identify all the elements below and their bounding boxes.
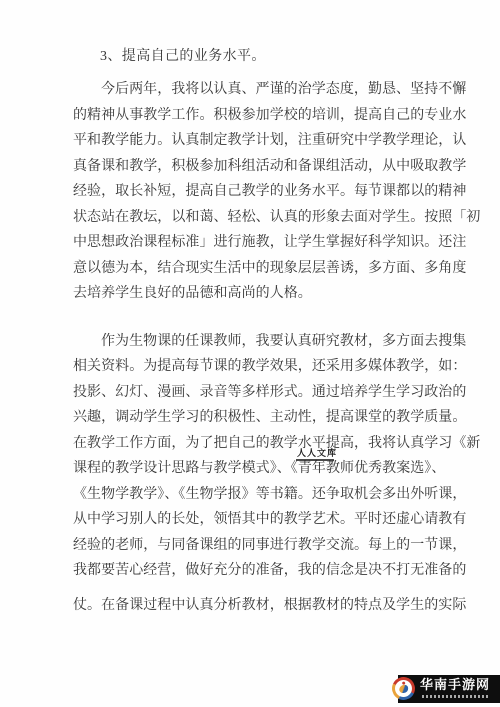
logo-swirl-shape bbox=[399, 685, 409, 694]
text-line: 的精神从事教学工作。积极参加学校的培训，提高自己的专业水 bbox=[73, 103, 443, 129]
text-line: 《生物学教学》、《生物学报》等书籍。还争取机会多出外听课， bbox=[73, 482, 443, 508]
paragraph-teaching-plan: 今后两年，我将以认真、严谨的治学态度，勤恳、坚持不懈 的精神从事教学工作。积极参… bbox=[73, 77, 443, 307]
paragraph-biology-teacher: 作为生物课的任课教师，我要认真研究教材，多方面去搜集 相关资料。为提高每节课的教… bbox=[73, 329, 443, 584]
text-line: 相关资料。为提高每节课的教学效果，还采用多媒体教学，如： bbox=[73, 354, 443, 380]
text-line: 课程的教学设计思路与教学模式》、《青年教师优秀教案选》、 bbox=[73, 456, 443, 482]
site-logo-icon bbox=[389, 674, 418, 703]
text-line: 经验，取长补短，提高自己教学的业务水平。每节课都以的精神 bbox=[73, 179, 443, 205]
text-line: 平和教学能力。认真制定教学计划，注重研究中学教学理论，认 bbox=[73, 128, 443, 154]
text-line: 投影、幻灯、漫画、录音等多样形式。通过培养学生学习政治的 bbox=[73, 380, 443, 406]
text-line: 经验的老师，与同备课组的同事进行教学交流。每上的一节课， bbox=[73, 533, 443, 559]
text-line: 去培养学生良好的品德和高尚的人格。 bbox=[73, 281, 443, 307]
text-line: 在教学工作方面，为了把自己的教学水平提高，我将认真学习《新 bbox=[73, 431, 443, 457]
text-line: 从中学习别人的长处，领悟其中的教学艺术。平时还虚心请教有 bbox=[73, 507, 443, 533]
watermark-underline bbox=[296, 459, 334, 461]
text-line: 中思想政治课程标准」进行施教，让学生掌握好科学知识。还注 bbox=[73, 230, 443, 256]
site-logo-watermark: 华南手游网 bbox=[398, 675, 500, 703]
section-heading: 3、提高自己的业务水平。 bbox=[73, 44, 443, 70]
site-logo-tagline-illegible bbox=[422, 695, 488, 698]
document-page: 3、提高自己的业务水平。 今后两年，我将以认真、严谨的治学态度，勤恳、坚持不懈 … bbox=[0, 0, 500, 707]
text-line: 真备课和教学，积极参加科组活动和备课组活动，从中吸取教学 bbox=[73, 154, 443, 180]
renren-wenku-watermark: 人人文库 bbox=[297, 448, 337, 458]
document-body: 3、提高自己的业务水平。 今后两年，我将以认真、严谨的治学态度，勤恳、坚持不懈 … bbox=[73, 44, 443, 618]
text-line: 意以德为本，结合现实生活中的现象层层善诱，多方面、多角度 bbox=[73, 256, 443, 282]
site-logo-name: 华南手游网 bbox=[420, 678, 490, 692]
text-line-page-continuation: 仗。在备课过程中认真分析教材，根据教材的特点及学生的实际 bbox=[73, 593, 443, 619]
text-line: 状态站在教坛，以和蔼、轻松、认真的形象去面对学生。按照「初 bbox=[73, 205, 443, 231]
text-line: 兴趣，调动学生学习的积极性、主动性，提高课堂的教学质量。 bbox=[73, 405, 443, 431]
text-line: 我都要苦心经营，做好充分的准备，我的信念是决不打无准备的 bbox=[73, 558, 443, 584]
text-line: 作为生物课的任课教师，我要认真研究教材，多方面去搜集 bbox=[73, 329, 443, 355]
text-line: 今后两年，我将以认真、严谨的治学态度，勤恳、坚持不懈 bbox=[73, 77, 443, 103]
